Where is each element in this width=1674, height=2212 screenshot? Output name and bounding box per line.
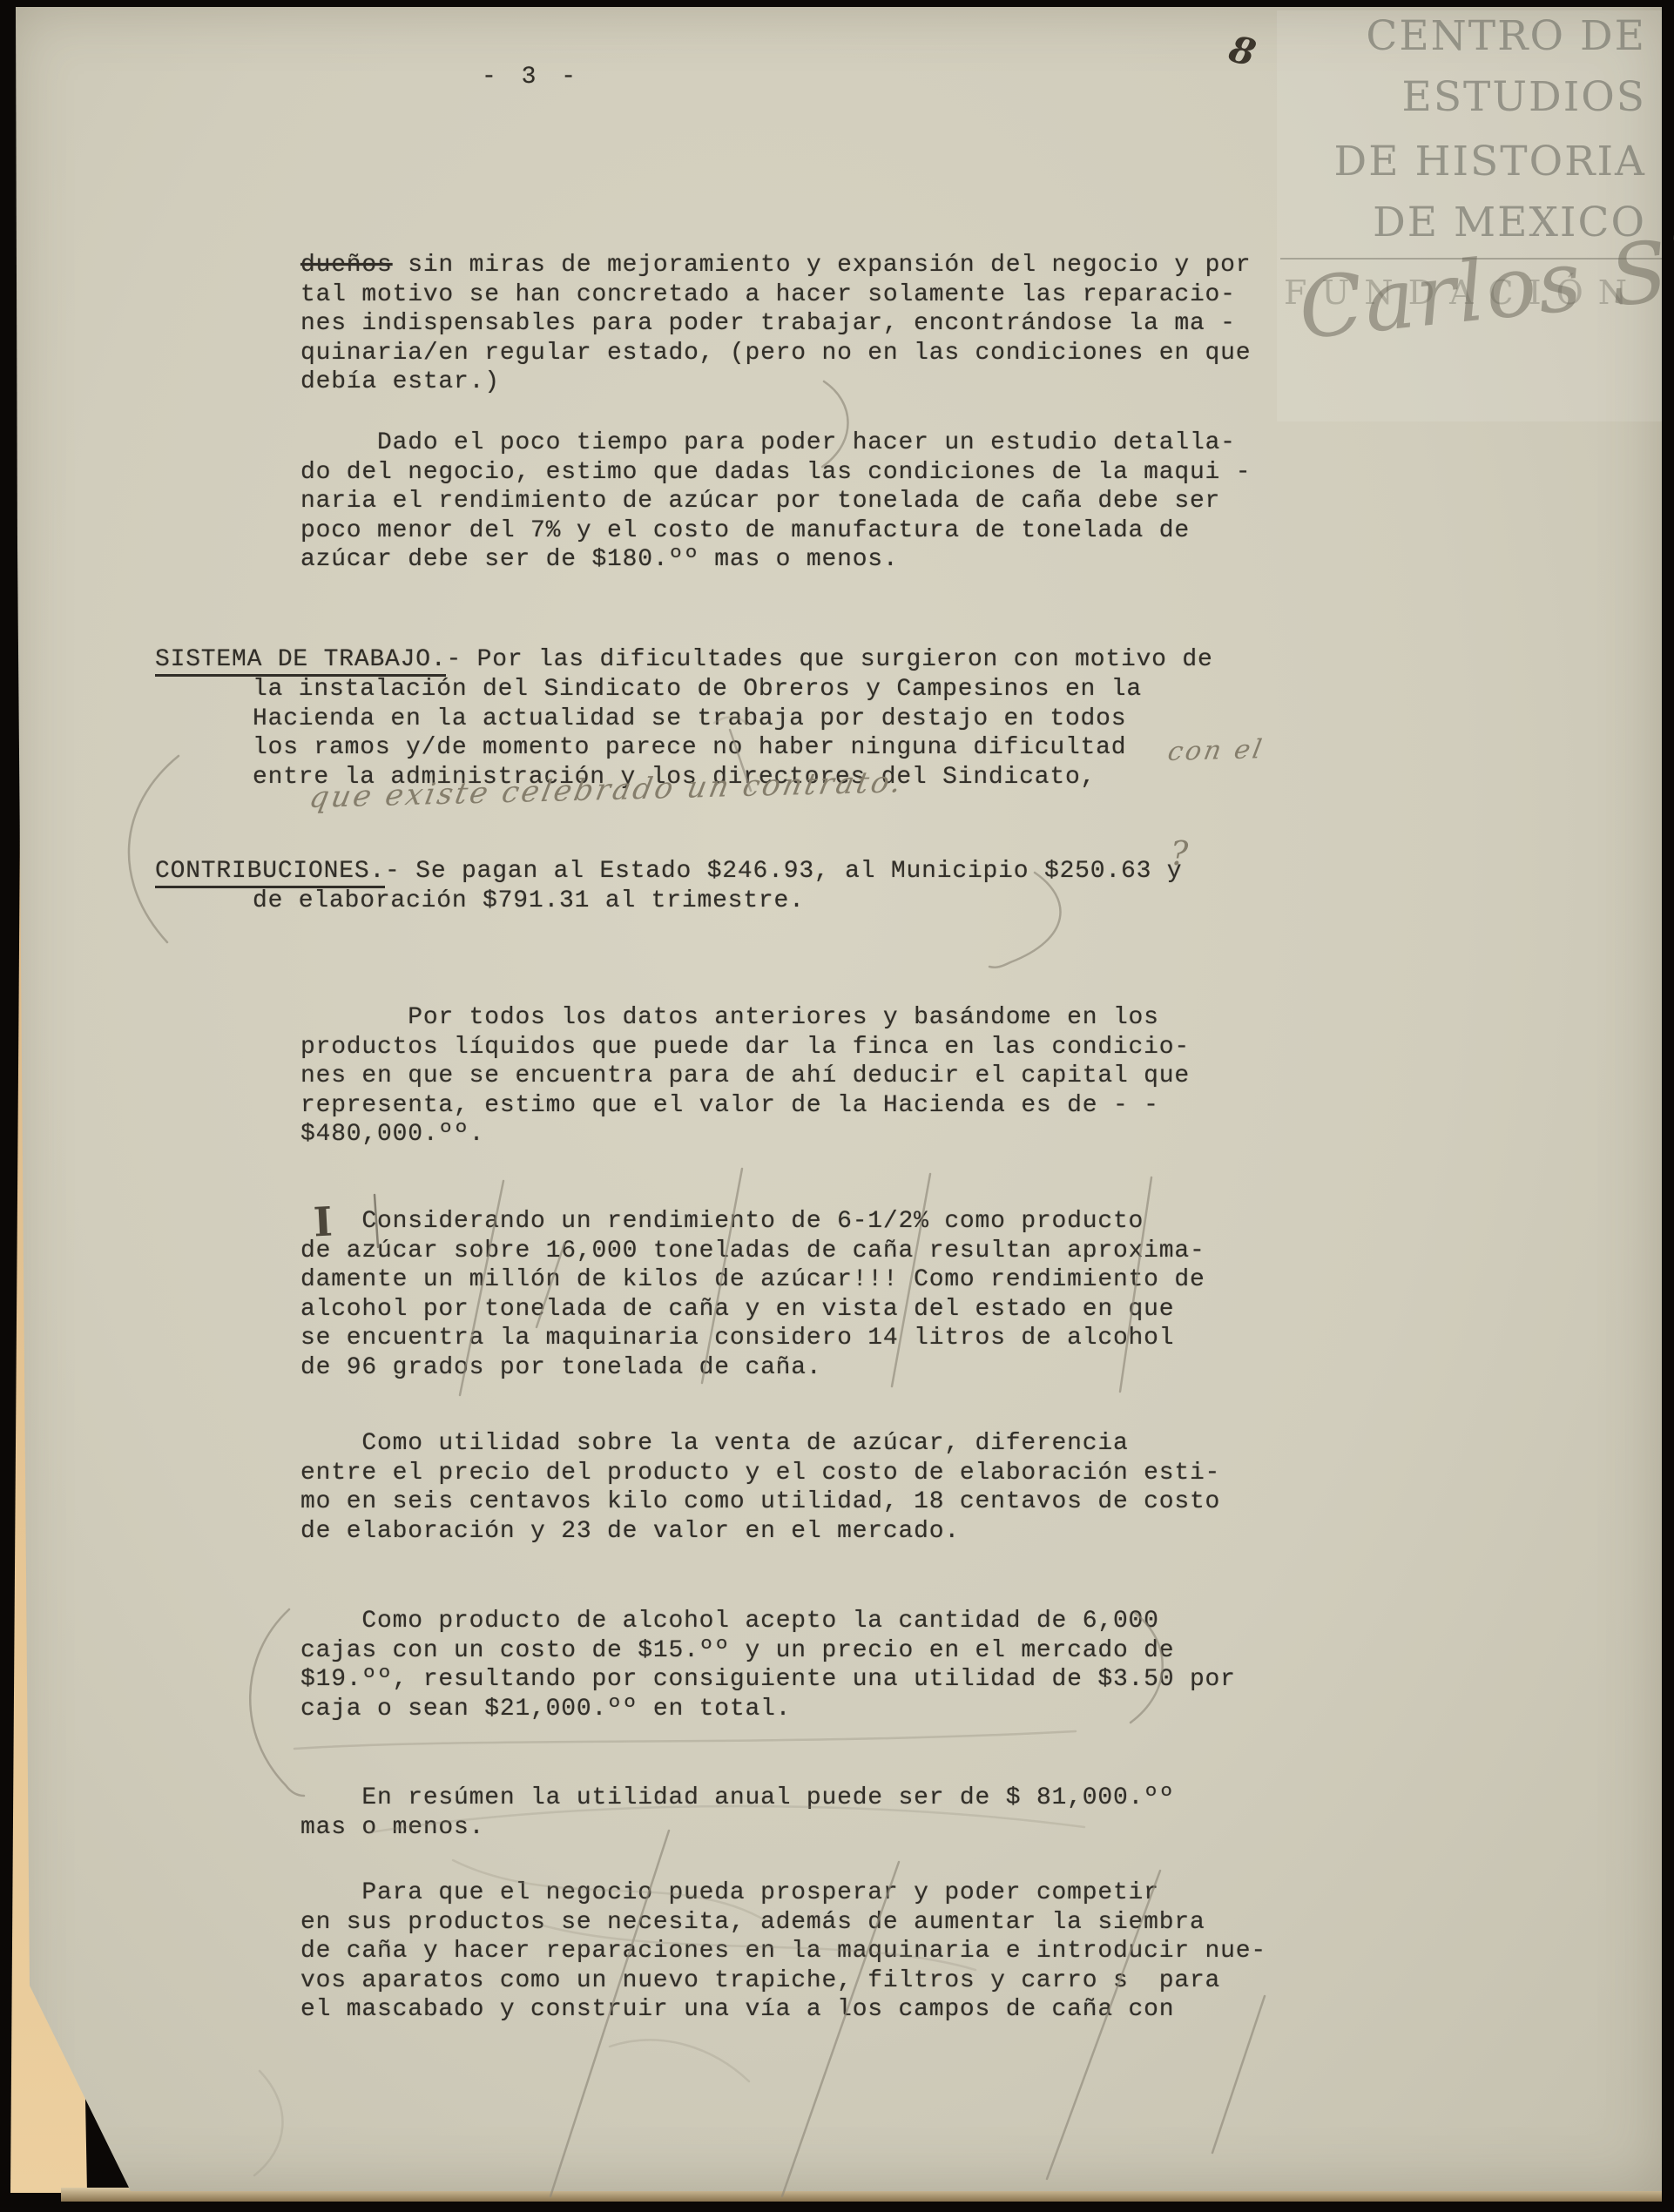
paragraph-utilidad: Como utilidad sobre la venta de azúcar, … xyxy=(300,1429,1293,1546)
section-heading-sistema: SISTEMA DE TRABAJO. xyxy=(155,646,446,677)
watermark-line: ESTUDIOS xyxy=(1277,73,1646,121)
section-heading-contribuciones: CONTRIBUCIONES. xyxy=(155,858,385,888)
scanned-document-screenshot: { "watermark": { "lines": ["CENTRO DE", … xyxy=(0,0,1674,2212)
sistema-lead: - Por las dificultades que surgieron con… xyxy=(446,646,1212,673)
watermark-line: CENTRO DE xyxy=(1277,12,1646,60)
paragraph-portodos: Por todos los datos anteriores y basándo… xyxy=(300,1003,1293,1150)
paragraph-resumen: En resúmen la utilidad anual puede ser d… xyxy=(300,1784,1293,1842)
pencil-roman-numeral: I xyxy=(313,1197,334,1245)
handwritten-con-el: con el xyxy=(1165,734,1266,767)
paragraph-considerando: Considerando un rendimiento de 6-1/2% co… xyxy=(300,1207,1293,1383)
paragraph-prosperar: Para que el negocio pueda prosperar y po… xyxy=(300,1878,1311,2025)
paragraph-alcohol: Como producto de alcohol acepto la canti… xyxy=(300,1607,1293,1723)
contribuciones-lead: - Se pagan al Estado $246.93, al Municip… xyxy=(385,858,1182,885)
contribuciones-line2: de elaboración $791.31 al trimestre. xyxy=(253,887,1298,916)
struck-word: dueños xyxy=(300,252,393,279)
pencil-question-mark: ? xyxy=(1171,834,1188,873)
contribuciones-heading-line: CONTRIBUCIONES.- Se pagan al Estado $246… xyxy=(155,857,1287,887)
paragraph-dado: Dado el poco tiempo para poder hacer un … xyxy=(300,428,1293,575)
paragraph-intro-line1: sin miras de mejoramiento y expansión de… xyxy=(393,252,1252,279)
sistema-heading-line: SISTEMA DE TRABAJO.- Por las dificultade… xyxy=(155,645,1287,675)
paragraph-intro-rest: tal motivo se han concretado a hacer sol… xyxy=(300,281,1251,396)
paragraph-intro: dueños sin miras de mejoramiento y expan… xyxy=(300,251,1293,397)
watermark-line: DE HISTORIA xyxy=(1277,138,1646,185)
page-number: - 3 - xyxy=(482,63,581,92)
